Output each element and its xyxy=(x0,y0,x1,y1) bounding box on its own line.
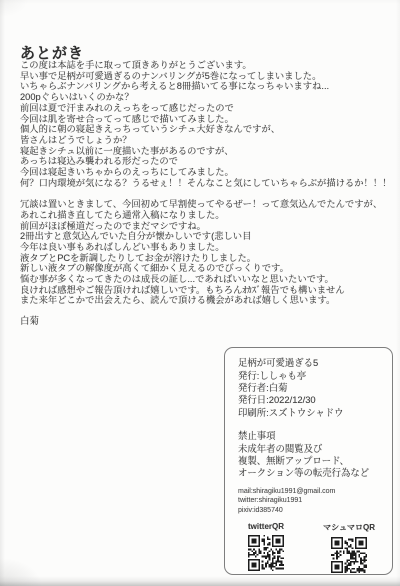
prohibition-heading: 禁止事項 xyxy=(238,430,381,442)
publication-line: 印刷所:スズトウシャドウ xyxy=(238,407,381,419)
afterword-line: 悩む事が多くなってきたのは成長の証し...であればいいなと思いたいです。 xyxy=(20,274,396,285)
twitter-qr-label: twitterQR xyxy=(248,522,284,531)
qr-row: twitterQR マシュマロQR xyxy=(238,522,381,573)
marshmallow-qr-code xyxy=(331,537,367,573)
afterword-line: 今回は寝起きいちゃからのえっちにしてみました。 xyxy=(20,167,396,178)
afterword-line: 早い事で足柄が可愛過ぎるのナンバリングが5巻になってしまいました。 xyxy=(20,71,396,82)
contact-line: pixiv:id385740 xyxy=(238,506,381,516)
afterword-line: 前回は夏で汗まみれのえっちをって感じだったので xyxy=(20,103,396,114)
afterword-line: 前回がほぼ極道だったのでまだマシですね。 xyxy=(20,221,396,232)
publication-info: 発行:ししゃも亭発行者:白菊発行日:2022/12/30印刷所:スズトウシャドウ xyxy=(238,370,381,420)
publication-line: 発行日:2022/12/30 xyxy=(238,394,381,406)
author-signature: 白菊 xyxy=(20,317,396,328)
twitter-qr-column: twitterQR xyxy=(248,522,284,573)
afterword-line: あれこれ描き直してたら通常入稿になりました。 xyxy=(20,210,396,221)
afterword-line: 今回は肌を寄せ合ってって感じで描いてみました。 xyxy=(20,114,396,125)
afterword-line: 個人的に朝の寝起きえっちっていうシチュ大好きなんですが、 xyxy=(20,124,396,135)
contact-line: twitter:shiragiku1991 xyxy=(238,496,381,506)
afterword-line: 200pぐらいはいくのかな？ xyxy=(20,92,396,103)
afterword-line: 冗談は置いときまして、今回初めて早割使ってやるぜー！って意気込んでたんですが、 xyxy=(20,199,396,210)
afterword-line: 寝起きシチュ以前に一度描いた事があるのですが、 xyxy=(20,146,396,157)
prohibition-line: オークション等の転売行為など xyxy=(238,467,381,479)
afterword-line: あっちは寝込み襲われる形だったので xyxy=(20,156,396,167)
colophon-title: 足柄が可愛過ぎる5 xyxy=(238,357,381,370)
prohibition-list: 未成年者の閲覧及び複製、無断アップロード、オークション等の転売行為など xyxy=(238,443,381,480)
afterword-line: この度は本誌を手に取って頂きありがとうございます。 xyxy=(20,60,396,71)
marshmallow-qr-label: マシュマロQR xyxy=(323,522,375,533)
contact-line: mail:shiragiku1991@gmail.com xyxy=(238,487,381,497)
colophon-box: 足柄が可愛過ぎる5 発行:ししゃも亭発行者:白菊発行日:2022/12/30印刷… xyxy=(224,347,393,575)
prohibition-line: 未成年者の閲覧及び xyxy=(238,443,381,455)
afterword-line: 2冊出すと意気込んでいた自分が懐かしいです(悲しい目 xyxy=(20,231,396,242)
afterword-line: 良ければ感想やご報告頂ければ嬉しいです。もちろんｵｶｽﾞ報告でも構いません xyxy=(20,285,396,296)
afterword-line: 何？口内環境が気になる？うるせぇ！！そんなこと気にしていちゃらぶが描けるか！！！ xyxy=(20,178,396,189)
afterword-body: この度は本誌を手に取って頂きありがとうございます。早い事で足柄が可愛過ぎるのナン… xyxy=(20,60,396,306)
signature-block: 白菊 xyxy=(20,305,396,345)
afterword-line xyxy=(20,188,396,199)
marshmallow-qr-column: マシュマロQR xyxy=(323,522,375,573)
afterword-line: 皆さんはどうでしょうか？ xyxy=(20,135,396,146)
twitter-qr-code xyxy=(248,535,284,571)
prohibition-line: 複製、無断アップロード、 xyxy=(238,455,381,467)
afterword-line: 液タブとPCを新調したりしてお金が溶けたりしました。 xyxy=(20,253,396,264)
afterword-line: いちゃらぶナンバリングから考えると8冊描いてる事になっちゃいますね... xyxy=(20,81,396,92)
afterword-line: 今年は良い事もあればしんどい事もありました。 xyxy=(20,242,396,253)
contact-info: mail:shiragiku1991@gmail.comtwitter:shir… xyxy=(238,487,381,516)
afterword-line: 新しい液タブの解像度が高くて細かく見えるのでびっくりです。 xyxy=(20,263,396,274)
publication-line: 発行:ししゃも亭 xyxy=(238,370,381,382)
publication-line: 発行者:白菊 xyxy=(238,382,381,394)
